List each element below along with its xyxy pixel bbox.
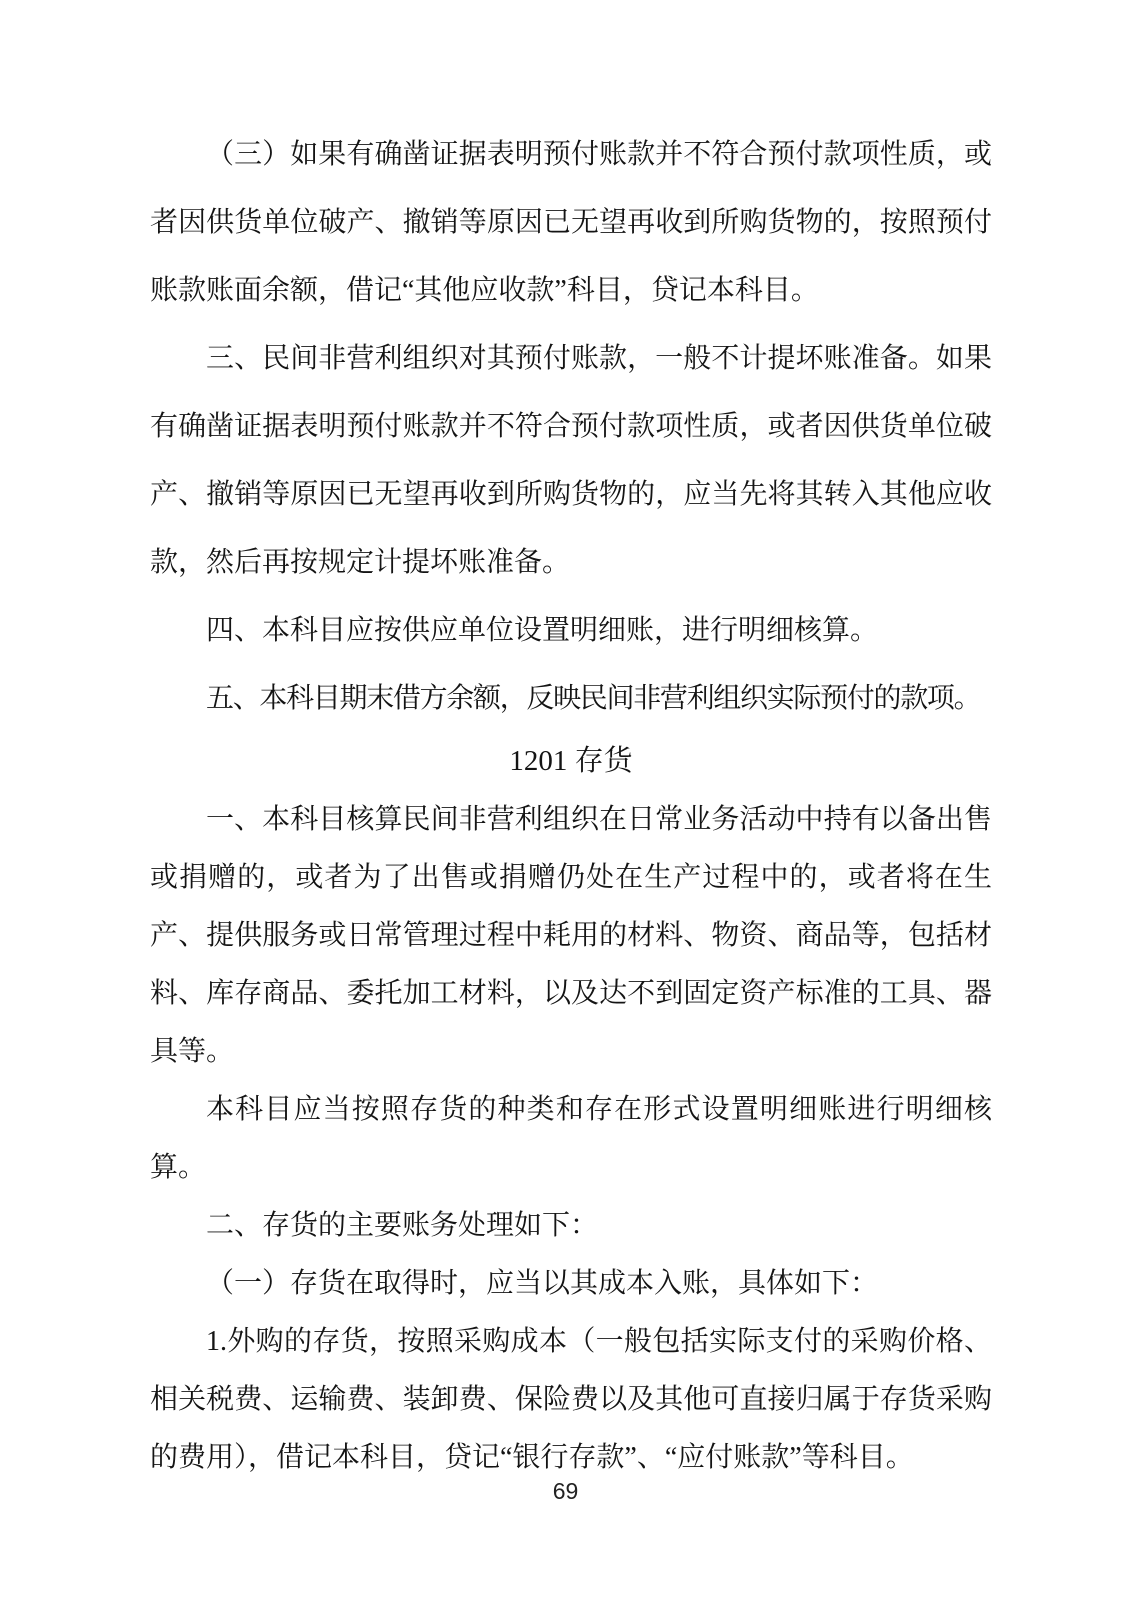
account-heading-1201-inventory: 1201 存货 [150,733,992,789]
paragraph-prepaid-rule-5: 五、本科目期末借方余额，反映民间非营利组织实际预付的款项。 [150,665,992,733]
prepaid-accounts-section: （三）如果有确凿证据表明预付账款并不符合预付款项性质，或者因供货单位破产、撤销等… [150,121,992,733]
paragraph-inventory-rule-1: 一、本科目核算民间非营利组织在日常业务活动中持有以备出售或捐赠的，或者为了出售或… [150,791,992,1081]
inventory-section: 一、本科目核算民间非营利组织在日常业务活动中持有以备出售或捐赠的，或者为了出售或… [150,791,992,1487]
document-page: （三）如果有确凿证据表明预付账款并不符合预付款项性质，或者因供货单位破产、撤销等… [0,0,1131,1600]
page-content: （三）如果有确凿证据表明预付账款并不符合预付款项性质，或者因供货单位破产、撤销等… [150,121,992,1487]
paragraph-inventory-acquisition: （一）存货在取得时，应当以其成本入账，具体如下： [150,1255,992,1313]
paragraph-prepaid-rule-4: 四、本科目应按供应单位设置明细账，进行明细核算。 [150,597,992,665]
paragraph-inventory-subledger: 本科目应当按照存货的种类和存在形式设置明细账进行明细核算。 [150,1081,992,1197]
paragraph-inventory-purchase: 1.外购的存货，按照采购成本（一般包括实际支付的采购价格、相关税费、运输费、装卸… [150,1313,992,1487]
paragraph-prepaid-rule-3: 三、民间非营利组织对其预付账款，一般不计提坏账准备。如果有确凿证据表明预付账款并… [150,325,992,597]
page-number: 69 [0,1478,1131,1505]
paragraph-prepaid-item-3: （三）如果有确凿证据表明预付账款并不符合预付款项性质，或者因供货单位破产、撤销等… [150,121,992,325]
paragraph-inventory-rule-2: 二、存货的主要账务处理如下： [150,1197,992,1255]
